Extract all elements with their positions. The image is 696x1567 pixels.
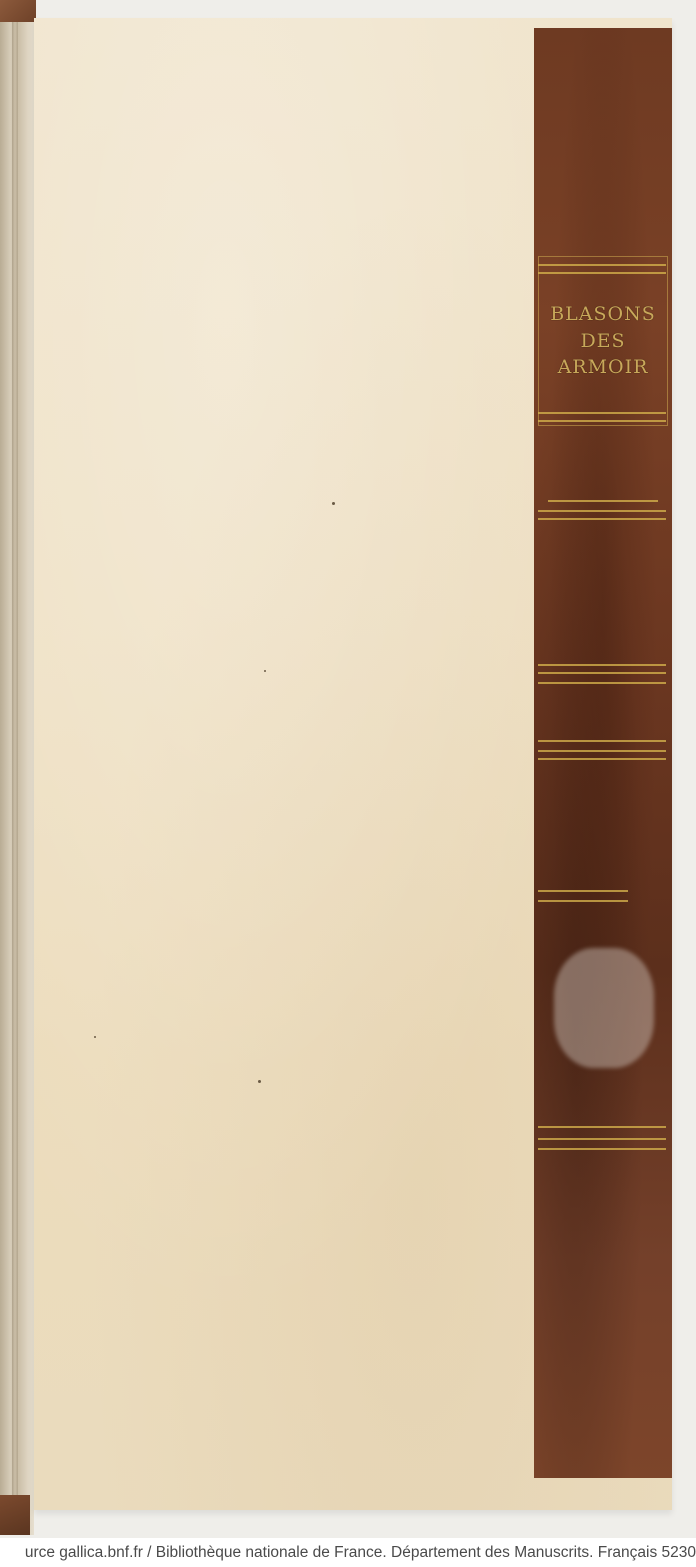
paper-speck [258, 1080, 261, 1083]
gilt-fillet [538, 412, 666, 414]
gilt-fillet [538, 664, 666, 666]
gilt-fillet [538, 510, 666, 512]
leather-spine: BLASONS DES ARMOIR [534, 28, 672, 1478]
gilt-fillet [538, 518, 666, 520]
scan-area: BLASONS DES ARMOIR [0, 0, 696, 1538]
gilt-fillet [538, 1126, 666, 1128]
leather-corner-bottom [0, 1495, 30, 1535]
gilt-fillet [538, 1148, 666, 1150]
gilt-fillet [538, 890, 628, 892]
paper-speck [94, 1036, 96, 1038]
spine-title-line-3: ARMOIR [558, 357, 649, 378]
gilt-fillet [538, 672, 666, 674]
paper-speck [332, 502, 335, 505]
worn-leather-patch [554, 948, 654, 1068]
gilt-fillet [538, 740, 666, 742]
leather-corner-top [0, 0, 36, 22]
gilt-fillet [548, 500, 658, 502]
gilt-fillet [538, 682, 666, 684]
spine-title-line-2: DES [580, 331, 625, 352]
paper-speck [264, 670, 266, 672]
binding-crease [12, 20, 18, 1500]
gilt-fillet [538, 750, 666, 752]
source-caption: urce gallica.bnf.fr / Bibliothèque natio… [0, 1538, 696, 1567]
gilt-fillet [538, 900, 628, 902]
spine-title-line-1: BLASONS [550, 304, 656, 325]
gilt-fillet [538, 420, 666, 422]
gilt-fillet [538, 1138, 666, 1140]
spine-title-label: BLASONS DES ARMOIR [538, 256, 668, 426]
gilt-fillet [538, 758, 666, 760]
